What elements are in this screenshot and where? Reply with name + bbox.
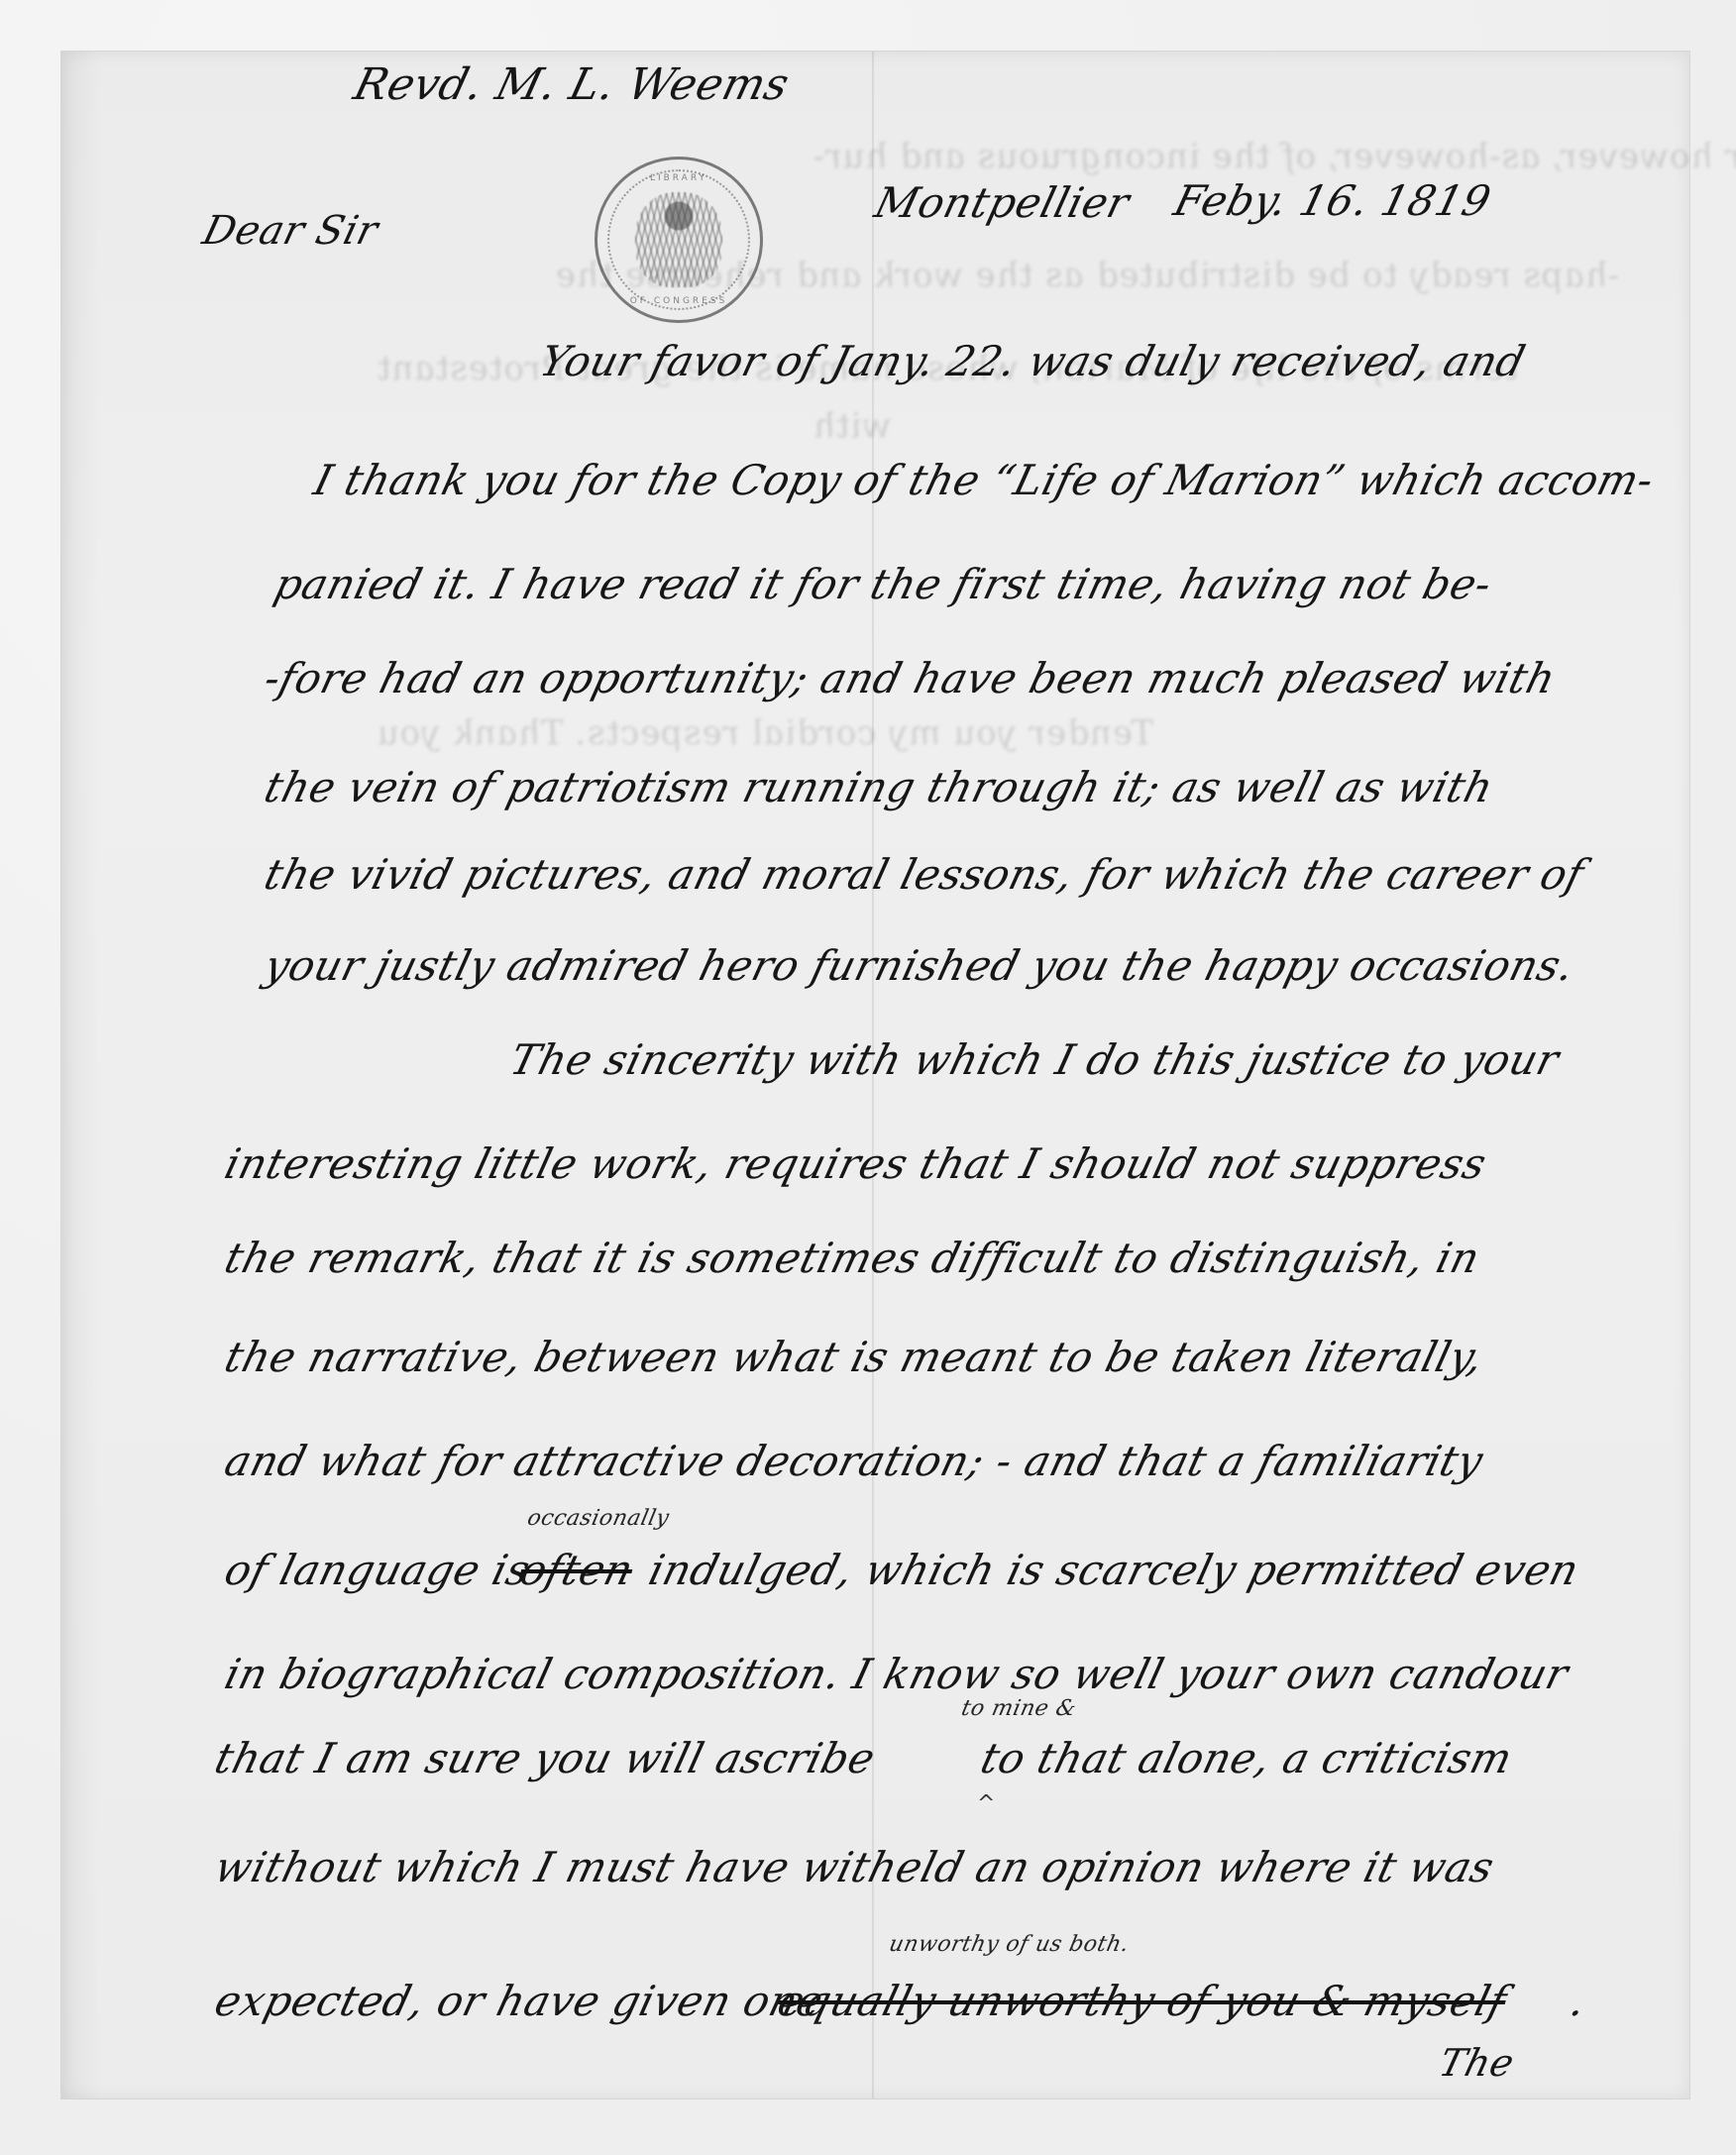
salutation: Dear Sir	[198, 208, 382, 254]
letter-line: without which I must have witheld an opi…	[210, 1843, 1499, 1891]
addressee: Revd. M. L. Weems	[349, 59, 795, 110]
stamp-bottom-text: OF CONGRESS	[597, 296, 760, 306]
letter-line: I thank you for the Copy of the “Life of…	[309, 456, 1659, 504]
letter-line: in biographical composition. I know so w…	[220, 1650, 1573, 1698]
inserted-correction: to mine &	[959, 1696, 1079, 1721]
letter-line: -fore had an opportunity; and have been …	[260, 654, 1561, 702]
catchword: The	[1435, 2041, 1519, 2085]
library-seal-eagle-icon	[635, 192, 722, 287]
bleed-through-text: with	[810, 406, 894, 446]
letter-line: and what for attractive decoration; - an…	[220, 1437, 1488, 1485]
letter-line: the remark, that it is sometimes difficu…	[220, 1234, 1484, 1282]
letter-line: the narrative, between what is meant to …	[220, 1333, 1488, 1381]
inserted-correction: occasionally	[525, 1506, 672, 1531]
letter-line: to that alone, a criticism	[976, 1734, 1517, 1782]
letter-line: interesting little work, requires that I…	[220, 1139, 1491, 1188]
letter-line: your justly admired hero furnished you t…	[260, 941, 1579, 990]
place: Montpellier	[870, 178, 1135, 227]
letter-line: that I am sure you will ascribe	[210, 1734, 880, 1782]
library-of-congress-stamp: LIBRARY OF CONGRESS	[595, 157, 763, 323]
bleed-through-text: Tender you my cordial respects. Thank yo…	[374, 713, 1156, 753]
letter-line: of language is	[220, 1546, 535, 1594]
letter-line: the vivid pictures, and moral lessons, f…	[260, 850, 1589, 899]
letter-line: expected, or have given one	[210, 1977, 828, 2025]
deleted-phrase: equally unworthy of you & myself	[773, 1977, 1512, 2025]
bleed-through-text: The criticism, or however, as-however, o…	[810, 137, 1736, 176]
letter-line: Your favor of Jany. 22. was duly receive…	[535, 337, 1530, 385]
letter-line: the vein of patriotism running through i…	[260, 763, 1498, 811]
stamp-top-text: LIBRARY	[597, 173, 760, 183]
deleted-word: often	[515, 1546, 638, 1594]
date: Feby. 16. 1819	[1169, 176, 1496, 225]
letter-line: panied it. I have read it for the first …	[270, 560, 1497, 608]
letter-line: The sincerity with which I do this justi…	[505, 1035, 1564, 1084]
inserted-correction: unworthy of us both.	[887, 1932, 1132, 1957]
letter-line: indulged, which is scarcely permitted ev…	[644, 1546, 1584, 1594]
insertion-caret: ^	[977, 1791, 995, 1816]
